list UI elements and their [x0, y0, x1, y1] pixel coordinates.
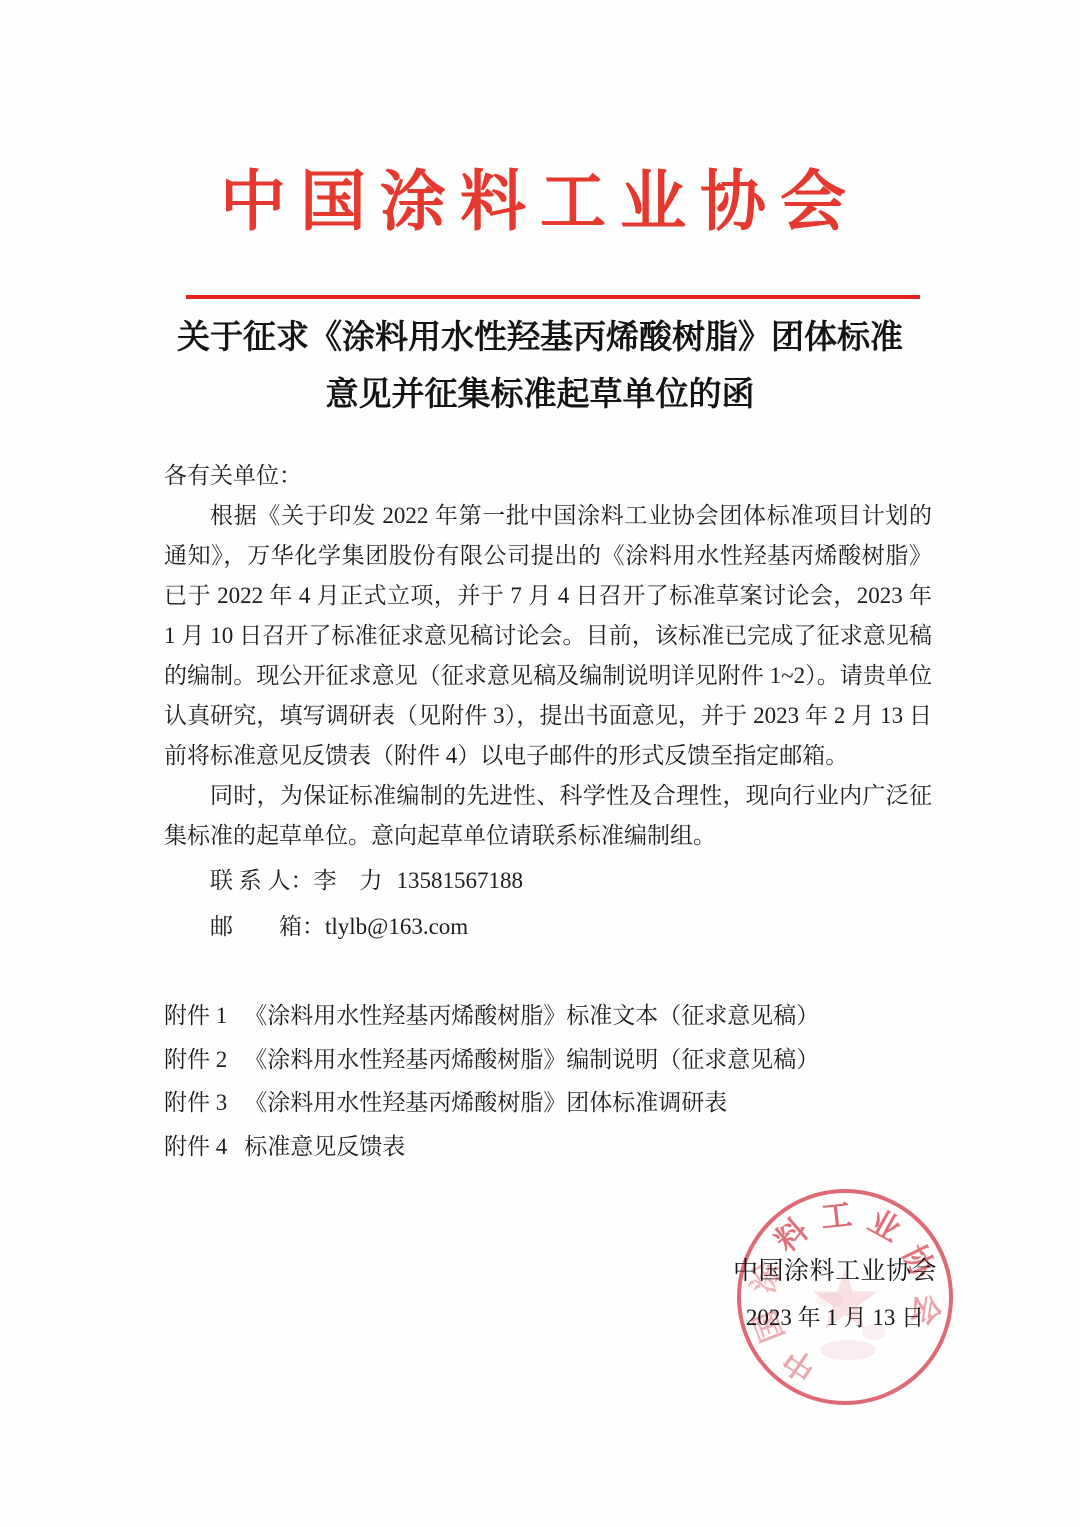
attachment-3-label: 附件 3 [164, 1090, 227, 1115]
contact-person-line: 联 系 人：李 力13581567188 [164, 859, 932, 902]
paragraph-2: 同时，为保证标准编制的先进性、科学性及合理性，现向行业内广泛征集标准的起草单位。… [164, 776, 932, 856]
signature-org-name: 中国涂料工业协会 [733, 1257, 937, 1287]
letterhead-org-name: 中国涂料工业协会 [0, 148, 1080, 243]
attachment-4-title: 标准意见反馈表 [244, 1134, 405, 1159]
attachment-item-4: 附件 4标准意见反馈表 [164, 1125, 932, 1169]
svg-text:中: 中 [777, 1341, 822, 1387]
attachment-3-title: 《涂料用水性羟基丙烯酸树脂》团体标准调研表 [244, 1090, 727, 1115]
contact-email-label: 邮 箱： [210, 914, 325, 939]
attachment-item-1: 附件 1《涂料用水性羟基丙烯酸树脂》标准文本（征求意见稿） [164, 994, 932, 1038]
signature-date: 2023 年 1 月 13 日 [733, 1304, 937, 1332]
svg-text:业: 业 [862, 1203, 906, 1249]
attachment-2-title: 《涂料用水性羟基丙烯酸树脂》编制说明（征求意见稿） [244, 1047, 819, 1072]
attachment-4-label: 附件 4 [164, 1134, 227, 1159]
attachment-item-3: 附件 3《涂料用水性羟基丙烯酸树脂》团体标准调研表 [164, 1081, 932, 1125]
attachment-1-label: 附件 1 [164, 1003, 227, 1028]
attachment-2-label: 附件 2 [164, 1047, 227, 1072]
attachment-item-2: 附件 2《涂料用水性羟基丙烯酸树脂》编制说明（征求意见稿） [164, 1038, 932, 1082]
contact-person-label: 联 系 人： [210, 868, 314, 893]
svg-text:工: 工 [819, 1197, 853, 1235]
paragraph-1: 根据《关于印发 2022 年第一批中国涂料工业协会团体标准项目计划的通知》，万华… [164, 496, 932, 776]
attachment-1-title: 《涂料用水性羟基丙烯酸树脂》标准文本（征求意见稿） [244, 1003, 819, 1028]
contact-email-value: tlylb@163.com [325, 914, 468, 939]
letter-page: 中国涂料工业协会 关于征求《涂料用水性羟基丙烯酸树脂》团体标准 意见并征集标准起… [0, 0, 1080, 1527]
header-divider [186, 295, 920, 299]
letter-body: 各有关单位： 根据《关于印发 2022 年第一批中国涂料工业协会团体标准项目计划… [164, 456, 932, 1168]
contact-person-phone: 13581567188 [397, 868, 524, 893]
contact-email-line: 邮 箱：tlylb@163.com [164, 905, 932, 948]
document-title-line1: 关于征求《涂料用水性羟基丙烯酸树脂》团体标准 [60, 310, 1020, 367]
document-title-line2: 意见并征集标准起草单位的函 [60, 367, 1020, 424]
contact-person-name: 李 力 [314, 868, 383, 893]
signature-block: 中国涂料工业协会 2023 年 1 月 13 日 [733, 1257, 937, 1332]
document-title: 关于征求《涂料用水性羟基丙烯酸树脂》团体标准 意见并征集标准起草单位的函 [60, 310, 1020, 424]
salutation: 各有关单位： [164, 456, 932, 496]
attachment-list: 附件 1《涂料用水性羟基丙烯酸树脂》标准文本（征求意见稿） 附件 2《涂料用水性… [164, 994, 932, 1168]
